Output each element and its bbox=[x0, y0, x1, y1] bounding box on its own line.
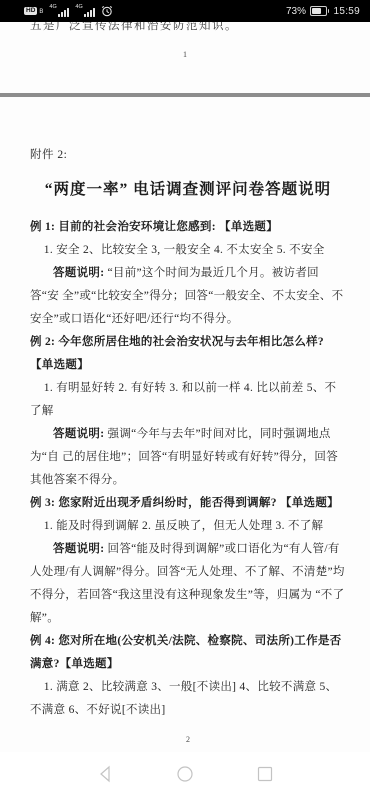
home-button[interactable] bbox=[176, 767, 194, 785]
explanation-label: 答题说明: bbox=[53, 543, 104, 555]
recents-button[interactable] bbox=[256, 767, 274, 785]
status-bar-right: 73% 15:59 bbox=[286, 6, 360, 17]
clipped-paragraph: 五是广泛宣传法律和治安防范知识。 bbox=[0, 22, 370, 33]
recents-square-icon bbox=[256, 765, 274, 788]
page-1-bottom: 五是广泛宣传法律和治安防范知识。 1 bbox=[0, 22, 370, 60]
explanation-body: 回答“能及时得到调解”或口语化为“有人管/有人处理/有人调解”得分。回答“无人处… bbox=[30, 543, 345, 624]
clock-time: 15:59 bbox=[333, 6, 360, 17]
battery-percent-label: 73% bbox=[286, 6, 306, 17]
example-4-options: 1. 满意 2、比较满意 3、一般[不读出] 4、比较不满意 5、不满意 6、不… bbox=[30, 676, 346, 722]
battery-icon bbox=[310, 6, 327, 16]
network-type-label-1: 4G bbox=[49, 5, 56, 11]
clipped-text-row: 五是广泛宣传法律和治安防范知识。 bbox=[0, 22, 370, 39]
alarm-clock-icon bbox=[101, 5, 113, 17]
network-type-label-2: 4G bbox=[75, 5, 82, 11]
example-3-question: 例 3: 您家附近出现矛盾纠纷时，能否得到调解? 【单选题】 bbox=[30, 492, 346, 515]
example-1-question: 例 1: 目前的社会治安环境让您感到: 【单选题】 bbox=[30, 216, 346, 239]
example-4-block: 例 4: 您对所在地(公安机关/法院、检察院、司法所)工作是否满意?【单选题】 … bbox=[30, 630, 346, 722]
status-bar: HD B 4G 4G 73% 15:59 bbox=[0, 0, 370, 22]
example-2-options: 1. 有明显好转 2. 有好转 3. 和以前一样 4. 比以前差 5、不了解 bbox=[30, 377, 346, 423]
example-1-options: 1. 安全 2、比较安全 3, 一般安全 4. 不太安全 5. 不安全 bbox=[30, 239, 346, 262]
document-title: “两度一率” 电话调查测评问卷答题说明 bbox=[30, 177, 346, 199]
example-2-explanation: 答题说明: 强调“今年与去年”时间对比，同时强调地点为“自 己的居住地”；回答“… bbox=[30, 423, 346, 492]
page-2: 附件 2: “两度一率” 电话调查测评问卷答题说明 例 1: 目前的社会治安环境… bbox=[0, 146, 370, 745]
signal-strength-icon-2: 4G bbox=[75, 5, 95, 17]
home-circle-icon bbox=[176, 765, 194, 788]
explanation-label: 答题说明: bbox=[53, 428, 104, 440]
example-3-options: 1. 能及时得到调解 2. 虽反映了，但无人处理 3. 不了解 bbox=[30, 515, 346, 538]
sim-b-label: B bbox=[39, 9, 43, 17]
attachment-label: 附件 2: bbox=[30, 146, 346, 162]
example-3-block: 例 3: 您家附近出现矛盾纠纷时，能否得到调解? 【单选题】 1. 能及时得到调… bbox=[30, 492, 346, 630]
page-divider bbox=[0, 93, 370, 97]
volte-hd-icon: HD bbox=[24, 7, 37, 16]
battery-nub bbox=[328, 9, 330, 13]
document-viewer[interactable]: 五是广泛宣传法律和治安防范知识。 1 附件 2: “两度一率” 电话调查测评问卷… bbox=[0, 22, 370, 752]
android-nav-bar bbox=[0, 752, 370, 800]
phone-screen: HD B 4G 4G 73% 15:59 bbox=[0, 0, 370, 800]
qa-sections: 例 1: 目前的社会治安环境让您感到: 【单选题】 1. 安全 2、比较安全 3… bbox=[30, 216, 346, 722]
back-triangle-icon bbox=[97, 765, 113, 788]
status-bar-left: HD B 4G 4G bbox=[24, 5, 286, 17]
back-button[interactable] bbox=[96, 767, 114, 785]
example-2-question: 例 2: 今年您所居住地的社会治安状况与去年相比怎么样?【单选题】 bbox=[30, 331, 346, 377]
example-1-explanation: 答题说明: “目前”这个时间为最近几个月。被访者回答“安 全”或“比较安全”得分… bbox=[30, 262, 346, 331]
example-1-block: 例 1: 目前的社会治安环境让您感到: 【单选题】 1. 安全 2、比较安全 3… bbox=[30, 216, 346, 331]
page-number-1: 1 bbox=[0, 50, 370, 60]
example-3-explanation: 答题说明: 回答“能及时得到调解”或口语化为“有人管/有人处理/有人调解”得分。… bbox=[30, 538, 346, 630]
explanation-label: 答题说明: bbox=[53, 267, 104, 279]
example-4-question: 例 4: 您对所在地(公安机关/法院、检察院、司法所)工作是否满意?【单选题】 bbox=[30, 630, 346, 676]
example-2-block: 例 2: 今年您所居住地的社会治安状况与去年相比怎么样?【单选题】 1. 有明显… bbox=[30, 331, 346, 492]
signal-strength-icon-1: 4G bbox=[49, 5, 69, 17]
page-number-2: 2 bbox=[30, 735, 346, 745]
